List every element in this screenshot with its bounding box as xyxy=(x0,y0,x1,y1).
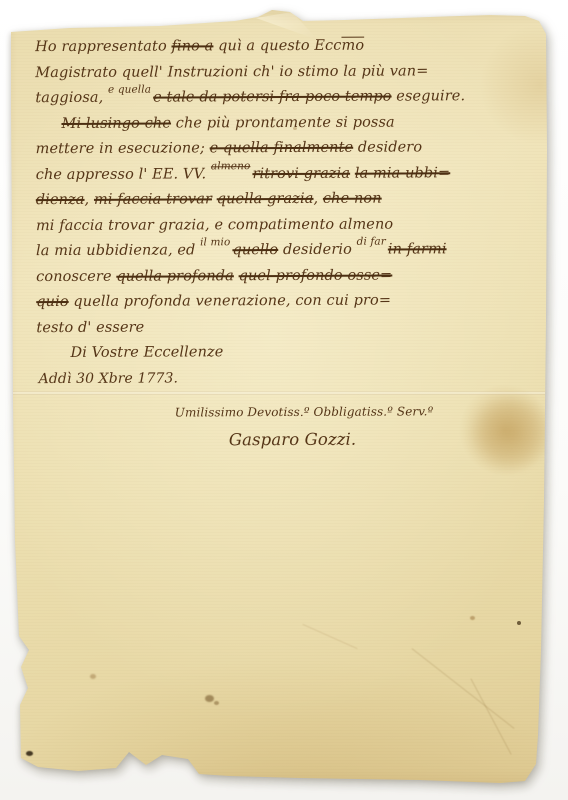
text-run: mi faccia trovar grazia, e compatimento … xyxy=(36,216,393,234)
text-run: Gasparo Gozzi. xyxy=(229,429,356,449)
scan-background: Ho rappresentato fino a quì a questo Ecc… xyxy=(0,0,568,800)
letter-line-body: quio quella profonda venerazione, con cu… xyxy=(36,288,536,316)
letter-line-body: dienza, mi faccia trovar quella grazia, … xyxy=(36,186,536,214)
text-run: testo d' essere xyxy=(36,319,144,335)
ink-dot xyxy=(517,621,521,625)
letter-line-body: Magistrato quell' Instruzioni ch' io sti… xyxy=(35,58,535,86)
manuscript-page: Ho rappresentato fino a quì a questo Ecc… xyxy=(0,0,568,800)
inserted-word: il mio xyxy=(200,237,230,247)
text-run: la mia ubbidienza, ed xyxy=(36,242,200,259)
letter-line-body: mettere in esecuzione; e quella finalmen… xyxy=(36,135,536,163)
text-run: Magistrato quell' Instruzioni ch' io sti… xyxy=(35,63,428,81)
struck-text: quel profondo osse= xyxy=(239,267,393,284)
text-run: Addì 30 Xbre 1773. xyxy=(39,370,179,387)
struck-text: dienza xyxy=(36,192,85,208)
letter-line-body: la mia ubbidienza, ed il mioquello desid… xyxy=(36,237,536,265)
text-run: quì a questo Ecc xyxy=(213,38,341,55)
text-run: che appresso l' EE. VV. xyxy=(36,166,211,183)
struck-text: quella grazia xyxy=(217,191,314,207)
struck-text: che non xyxy=(323,191,382,207)
letter-line-body: testo d' essere xyxy=(36,313,536,341)
struck-text: quio xyxy=(36,294,68,310)
letter-line-body: che appresso l' EE. VV. almenoritrovi gr… xyxy=(36,160,536,188)
text-run: mettere in esecuzione; xyxy=(36,140,210,157)
text-run: Di Vostre Eccellenze xyxy=(70,344,223,361)
letter-line-body: Ho rappresentato fino a quì a questo Ecc… xyxy=(35,33,535,61)
ink-dot xyxy=(26,751,33,756)
paper-crease xyxy=(470,678,511,754)
text-run: che più prontamente si possa xyxy=(171,114,395,131)
text-run: quella profonda venerazione, con cui pro… xyxy=(69,293,392,310)
rust-speck xyxy=(205,695,214,702)
struck-text: quella profonda xyxy=(116,268,234,285)
struck-text: ritrovi grazia xyxy=(252,165,350,181)
struck-text: fino a xyxy=(171,38,213,54)
text-run: eseguire. xyxy=(392,88,466,104)
struck-text: la mia ubbi= xyxy=(355,165,450,181)
letter-line-body: mi faccia trovar grazia, e compatimento … xyxy=(36,211,536,239)
struck-text: quello xyxy=(232,242,278,258)
letter-line-signature: Gasparo Gozzi. xyxy=(37,425,537,453)
letter-line-body-indent: Mi lusingo che che più prontamente si po… xyxy=(35,109,535,137)
text-run: desiderio xyxy=(278,242,356,258)
text-run: mo xyxy=(341,38,364,54)
inserted-word: almeno xyxy=(211,161,251,171)
struck-text: in farmi xyxy=(388,241,447,257)
letter-line-courtesy: Umilissimo Devotiss.º Obbligatiss.º Serv… xyxy=(37,399,537,427)
rust-speck xyxy=(214,701,219,705)
inserted-word: di far xyxy=(357,237,386,247)
text-run: , xyxy=(85,192,94,208)
struck-text: e quella finalmente xyxy=(210,140,354,157)
rust-speck xyxy=(470,616,475,620)
paper-crease xyxy=(411,648,514,729)
letter-body: Ho rappresentato fino a quì a questo Ecc… xyxy=(35,33,537,453)
inserted-word: e quella xyxy=(108,85,151,95)
text-run: Ho rappresentato xyxy=(35,38,171,55)
struck-text: mi faccia trovar xyxy=(94,191,212,208)
text-run: desidero xyxy=(353,139,422,155)
letter-line-body: conoscere quella profonda quel profondo … xyxy=(36,262,536,290)
letter-line-valediction: Di Vostre Eccellenze xyxy=(36,339,536,367)
paper-shadow: Ho rappresentato fino a quì a questo Ecc… xyxy=(0,0,568,800)
letter-line-date: Addì 30 Xbre 1773. xyxy=(37,364,537,392)
letter-line-body: taggiosa, e quellae tale da potersi fra … xyxy=(35,84,535,112)
rust-speck xyxy=(90,674,96,679)
struck-text: Mi lusingo che xyxy=(61,115,171,131)
struck-text: e tale da potersi fra poco tempo xyxy=(153,89,392,106)
paper-crease xyxy=(302,624,357,649)
text-run: conoscere xyxy=(36,268,116,284)
text-run: Umilissimo Devotiss.º Obbligatiss.º Serv… xyxy=(175,404,434,419)
text-run: taggiosa, xyxy=(35,90,108,106)
text-run: , xyxy=(313,191,322,207)
